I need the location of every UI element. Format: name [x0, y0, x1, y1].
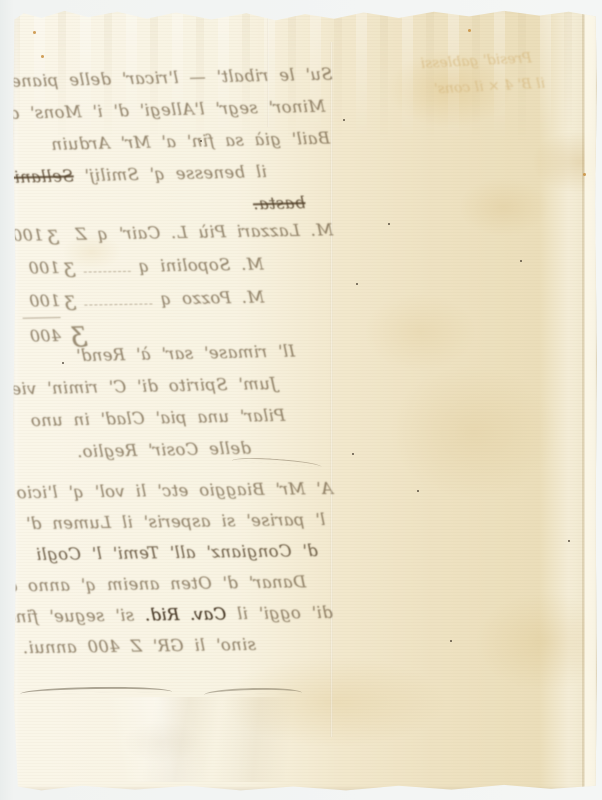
- dust-speck: [343, 119, 345, 121]
- bleedthrough-paragraph-2: Il' rimase' sar' à' Rend' Jum' Spirito d…: [21, 335, 336, 470]
- amount-value: 100: [22, 285, 61, 318]
- struck-out-word: Sellanina: [0, 166, 74, 187]
- dust-speck: [520, 260, 522, 262]
- bleedthrough-paragraph-1: Su' le ribalt' — l'ricar' delle piane Mi…: [20, 58, 336, 225]
- manuscript-line: A' Mr' Biaggio etc' li vol' q' l'icio: [21, 473, 333, 508]
- bottom-wrinkles: [17, 697, 347, 782]
- faded-annotation: Presid' gablessi il B' 4 × il cons': [378, 45, 547, 126]
- dust-speck: [388, 223, 390, 225]
- manuscript-line: l' parise' si asperis' il Lumen d': [21, 504, 325, 539]
- dust-speck: [568, 540, 570, 542]
- amount-value: 100: [21, 252, 60, 285]
- manuscript-line: Jum' Spirito di' C' rimin' vien: [21, 368, 277, 405]
- bleedthrough-paragraph-3: A' Mr' Biaggio etc' li vol' q' l'icio l'…: [21, 473, 336, 663]
- bleedthrough-handwriting: Su' le ribalt' — l'ricar' delle piane Mi…: [22, 55, 334, 680]
- rust-spot: [33, 31, 36, 34]
- paper-right-fold-edge: [582, 7, 597, 792]
- dust-speck: [417, 490, 419, 492]
- account-row: M. Lazzari Più L. Cair' q Z ʒ 100: [21, 212, 334, 250]
- flourish-mark: ʒ: [47, 217, 59, 249]
- account-row: M. Sopolini q ʒ 100: [21, 245, 334, 283]
- ink-stroke: [20, 686, 172, 694]
- manuscript-line: Danar' d' Oten aneim q' anno del: [22, 566, 306, 601]
- manuscript-line: il benesse q' Smilij' Sellanina: [22, 156, 267, 194]
- manuscript-line: di' oggi' il Cav. Rid. si' segue' fine': [22, 597, 332, 632]
- amount-value: 100: [5, 219, 44, 252]
- line-text: di' oggi' il: [226, 603, 333, 623]
- account-row: M. Pozzo q ʒ 100: [22, 278, 335, 316]
- manuscript-line: delle Cosir' Reglio.: [23, 432, 252, 469]
- dust-speck: [352, 453, 354, 455]
- dust-speck: [450, 640, 452, 642]
- manuscript-line: Bail' già sa fin' a' Mr' Arduin: [22, 123, 331, 162]
- rust-spot: [468, 29, 471, 32]
- line-text: il benesse q' Smilij': [73, 162, 266, 185]
- dash-leader: [84, 303, 153, 305]
- ink-blot-words: Cav. Rid.: [145, 604, 227, 624]
- account-label: M. Lazzari Più L. Cair' q Z: [75, 214, 334, 251]
- flourish-mark: ʒ: [64, 283, 76, 315]
- line-text: si' segue' fine': [0, 605, 144, 626]
- ink-stroke: [204, 687, 302, 695]
- account-label: M. Pozzo q: [160, 280, 334, 315]
- account-label: M. Sopolini q: [138, 247, 334, 282]
- dash-leader: [83, 271, 130, 273]
- flourish-mark: ʒ: [63, 250, 75, 282]
- scanned-document-page: Su' le ribalt' — l'ricar' delle piane Mi…: [0, 0, 602, 800]
- manuscript-line: sino' li GR' Z 400 annui.: [23, 629, 256, 663]
- dust-speck: [356, 283, 358, 285]
- rust-spot: [583, 173, 586, 176]
- bleedthrough-account-list: M. Lazzari Più L. Cair' q Z ʒ 100 M. Sop…: [21, 212, 335, 350]
- manuscript-line: d' Congianz' all' Temi' l' Cogli: [22, 535, 318, 570]
- manuscript-paper-sheet: Su' le ribalt' — l'ricar' delle piane Mi…: [12, 7, 598, 792]
